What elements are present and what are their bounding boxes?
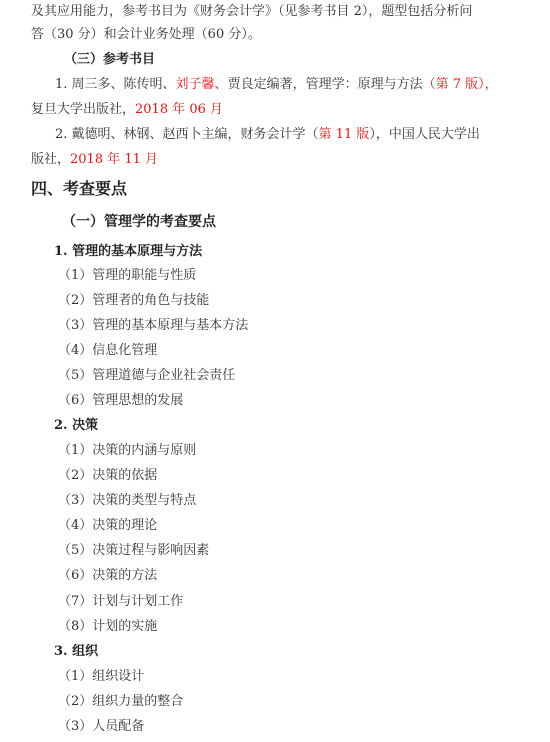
reference-1-highlight-author: 刘子馨、: [176, 77, 228, 92]
reference-2-authors: 2. 戴德明、林钢、赵西卜主编，财务会计学（: [55, 127, 319, 142]
reference-item-2: 2. 戴德明、林钢、赵西卜主编，财务会计学（第 11 版），中国人民大学出: [55, 126, 480, 144]
list-item: （1）决策的内涵与原则: [58, 442, 196, 460]
list-item: （1）管理的职能与性质: [58, 267, 196, 285]
reference-1-publisher: 复旦大学出版社，: [31, 102, 135, 117]
list-item: （1）组织设计: [58, 668, 144, 686]
reference-1-title: 贾良定编著，管理学：原理与方法: [228, 77, 423, 92]
list-item: （3）管理的基本原理与基本方法: [58, 317, 248, 335]
reference-2-publisher: ），中国人民大学出: [369, 127, 480, 142]
reference-item-2-cont: 版社，2018 年 11 月: [31, 151, 158, 169]
intro-line-2: 答（30 分）和会计业务处理（60 分）。: [31, 26, 261, 44]
section-4-heading: 四、考查要点: [31, 178, 127, 200]
reference-item-1: 1. 周三多、陈传明、刘子馨、贾良定编著，管理学：原理与方法（第 7 版），: [55, 76, 498, 94]
list-item: （6）决策的方法: [58, 567, 157, 585]
list-item: （4）决策的理论: [58, 517, 157, 535]
list-item: （2）决策的依据: [58, 467, 157, 485]
group-2-title: 2. 决策: [54, 417, 98, 435]
reference-1-date: 2018 年 06 月: [135, 102, 223, 117]
reference-2-publisher-cont: 版社，: [31, 152, 70, 167]
reference-1-authors: 1. 周三多、陈传明、: [55, 77, 176, 92]
list-item: （4）信息化管理: [58, 342, 157, 360]
reference-2-edition: 第 11 版: [319, 127, 370, 142]
list-item: （3）决策的类型与特点: [58, 492, 196, 510]
intro-line-1: 及其应用能力，参考书目为《财务会计学》（见参考书目 2），题型包括分析问: [31, 3, 472, 21]
list-item: （3）人员配备: [58, 718, 144, 736]
references-heading: （三）参考书目: [64, 51, 155, 69]
list-item: （7）计划与计划工作: [58, 593, 183, 611]
list-item: （5）管理道德与企业社会责任: [58, 367, 235, 385]
reference-item-1-cont: 复旦大学出版社，2018 年 06 月: [31, 101, 223, 119]
group-3-title: 3. 组织: [54, 643, 98, 661]
list-item: （2）组织力量的整合: [58, 693, 183, 711]
section-4-subheading: （一）管理学的考查要点: [62, 212, 216, 232]
list-item: （5）决策过程与影响因素: [58, 542, 209, 560]
reference-1-edition: （第 7 版），: [423, 77, 498, 92]
list-item: （6）管理思想的发展: [58, 392, 183, 410]
group-1-title: 1. 管理的基本原理与方法: [54, 243, 202, 261]
list-item: （8）计划的实施: [58, 618, 157, 636]
list-item: （2）管理者的角色与技能: [58, 292, 209, 310]
reference-2-date: 2018 年 11 月: [70, 152, 158, 167]
